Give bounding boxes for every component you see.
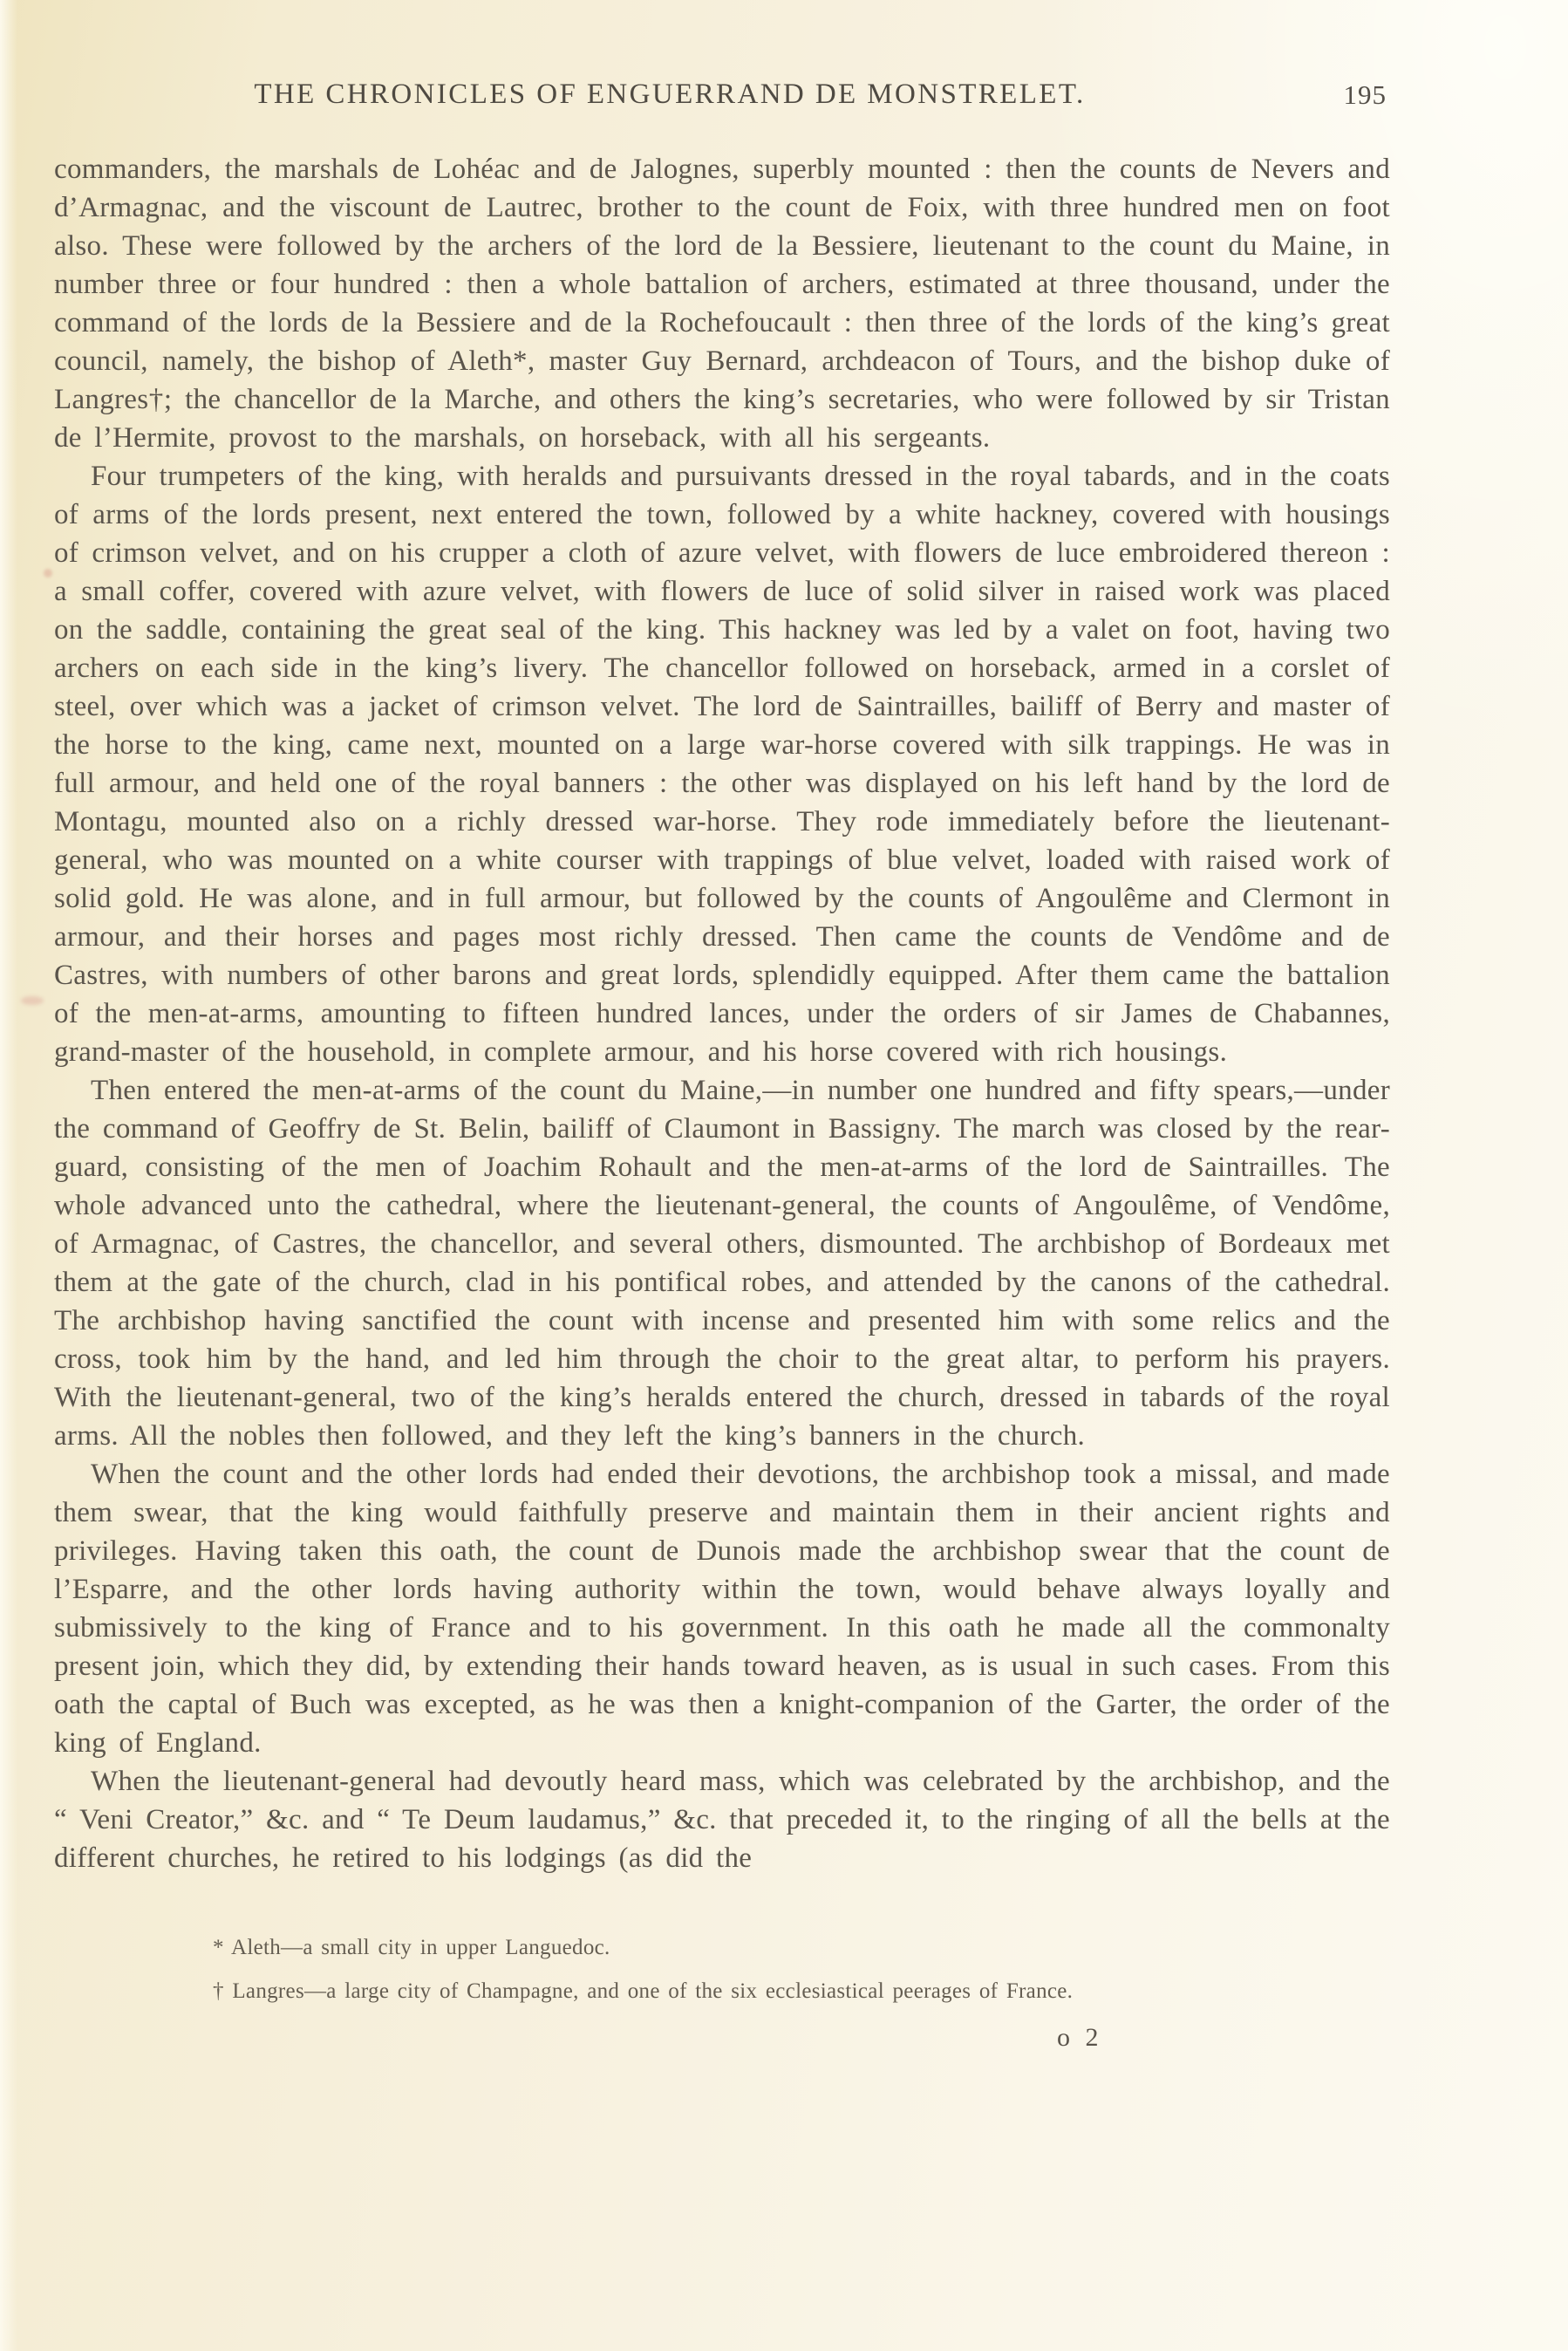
paragraph: When the count and the other lords had e… bbox=[54, 1455, 1390, 1762]
printer-signature: o 2 bbox=[54, 2019, 1390, 2057]
page-header: THE CHRONICLES OF ENGUERRAND DE MONSTREL… bbox=[54, 79, 1390, 120]
footnote-aleth: * Aleth—a small city in upper Languedoc. bbox=[213, 1926, 1390, 1970]
book-page-scan: THE CHRONICLES OF ENGUERRAND DE MONSTREL… bbox=[0, 0, 1568, 2351]
body-text: commanders, the marshals de Lohéac and d… bbox=[54, 150, 1390, 2057]
paper-stain bbox=[44, 569, 52, 577]
running-title: THE CHRONICLES OF ENGUERRAND DE MONSTREL… bbox=[54, 79, 1285, 111]
paragraph: When the lieutenant-general had devoutly… bbox=[54, 1762, 1390, 1877]
paragraph: Four trumpeters of the king, with herald… bbox=[54, 457, 1390, 1071]
footnotes: * Aleth—a small city in upper Languedoc.… bbox=[54, 1926, 1390, 2013]
paragraph: Then entered the men-at-arms of the coun… bbox=[54, 1071, 1390, 1455]
paper-stain bbox=[21, 996, 44, 1005]
footnote-langres: † Langres—a large city of Champagne, and… bbox=[213, 1970, 1390, 2013]
page-number: 195 bbox=[1344, 79, 1387, 111]
paragraph-continuation: commanders, the marshals de Lohéac and d… bbox=[54, 150, 1390, 457]
